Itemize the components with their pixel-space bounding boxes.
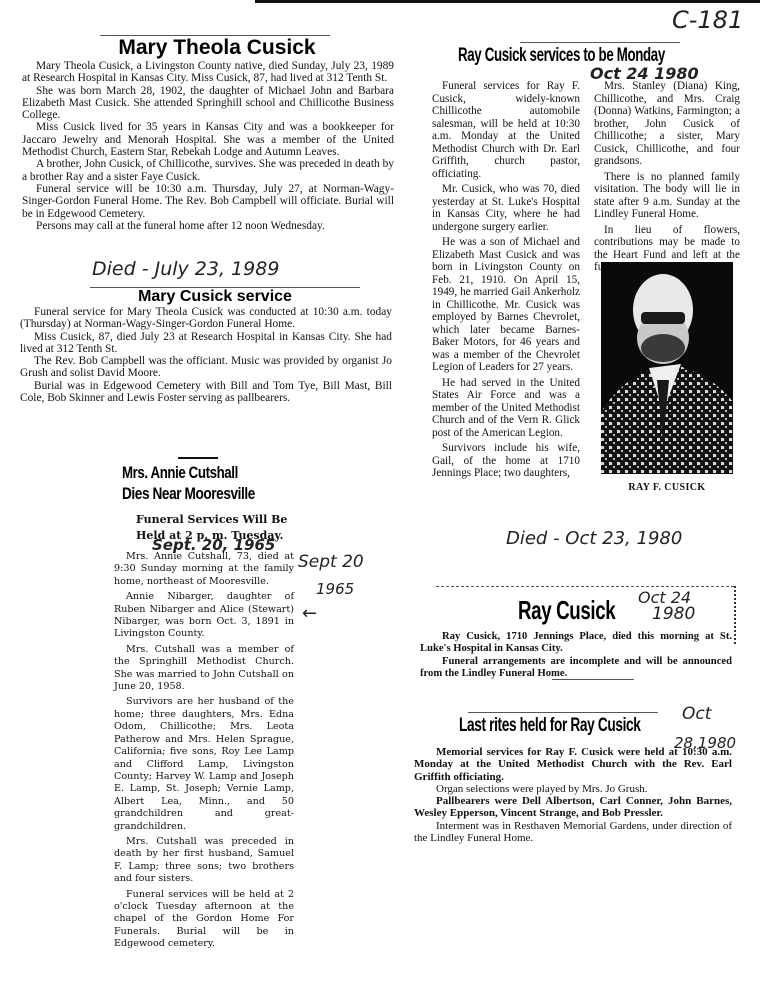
handwritten-death-date: Died - Oct 23, 1980 — [506, 528, 682, 549]
paragraph: Burial was in Edgewood Cemetery with Bil… — [20, 380, 392, 405]
paragraph: There is no planned family visitation. T… — [594, 171, 740, 221]
article-body: Ray Cusick, 1710 Jennings Place, died th… — [420, 631, 732, 680]
headline: Mary Theola Cusick — [92, 36, 342, 60]
clipping-dashed-border-right — [734, 586, 736, 644]
headline-line-1: Mrs. Annie Cutshall — [122, 463, 238, 483]
paragraph: Funeral services will be held at 2 o'clo… — [114, 889, 294, 951]
paragraph: Mrs. Cutshall was a member of the Spring… — [114, 644, 294, 694]
paragraph: Funeral services for Ray F. Cusick, wide… — [432, 80, 580, 180]
headline: Last rites held for Ray Cusick — [459, 715, 641, 737]
paragraph: Mary Theola Cusick, a Livingston County … — [22, 60, 394, 85]
article-column-2: Mrs. Stanley (Diana) King, Chillicothe, … — [594, 80, 740, 277]
paragraph: Persons may call at the funeral home aft… — [22, 220, 394, 232]
headline-rule — [520, 42, 680, 43]
paragraph: She was born March 28, 1902, the daughte… — [22, 85, 394, 122]
paragraph: Funeral arrangements are incomplete and … — [420, 656, 732, 681]
margin-note-year: 1965 — [316, 580, 354, 598]
paragraph: Interment was in Resthaven Memorial Gard… — [414, 820, 732, 845]
paragraph: Memorial services for Ray F. Cusick were… — [414, 746, 732, 783]
paragraph: Mrs. Cutshall was preceded in death by h… — [114, 836, 294, 886]
portrait-photo — [601, 262, 733, 474]
article-body: Funeral service for Mary Theola Cusick w… — [20, 306, 392, 404]
photo-caption: RAY F. CUSICK — [596, 482, 738, 493]
paragraph: Funeral service will be 10:30 a.m. Thurs… — [22, 183, 394, 220]
paragraph: Mrs. Stanley (Diana) King, Chillicothe, … — [594, 80, 740, 168]
paragraph: Pallbearers were Dell Albertson, Carl Co… — [414, 795, 732, 820]
article-body: Memorial services for Ray F. Cusick were… — [414, 746, 732, 844]
headline-rule — [468, 712, 658, 713]
handwritten-date-line-2: 1980 — [652, 604, 695, 624]
paragraph: He had served in the United States Air F… — [432, 377, 580, 440]
article-column-1: Funeral services for Ray F. Cusick, wide… — [432, 80, 580, 483]
paragraph: Organ selections were played by Mrs. Jo … — [414, 783, 732, 795]
headline: Mary Cusick service — [90, 288, 340, 306]
article-body: Mrs. Annie Cutshall, 73, died at 9:30 Su… — [114, 551, 294, 954]
portrait-image-icon — [601, 262, 733, 474]
paragraph: Survivors include his wife, Gail, of the… — [432, 442, 580, 480]
paragraph: A brother, John Cusick, of Chillicothe, … — [22, 158, 394, 183]
handwritten-death-date: Died - July 23, 1989 — [92, 258, 279, 280]
margin-note-date: Sept 20 — [298, 552, 364, 572]
paragraph: Survivors are her husband of the home; t… — [114, 696, 294, 832]
paragraph: Mr. Cusick, who was 70, died yesterday a… — [432, 183, 580, 233]
clipping-dashed-border-top — [436, 586, 734, 587]
handwritten-date-line-1: Oct — [682, 704, 711, 724]
headline-line-2: Dies Near Mooresville — [122, 484, 255, 504]
scan-top-edge — [255, 0, 760, 3]
archive-label: C-181 — [672, 6, 743, 34]
paragraph: Miss Cusick, 87, died July 23 at Researc… — [20, 331, 392, 356]
paragraph: Annie Nibarger, daughter of Ruben Nibarg… — [114, 591, 294, 641]
article-body: Mary Theola Cusick, a Livingston County … — [22, 60, 394, 232]
underline-stroke — [552, 679, 634, 680]
subheadline-line-1: Funeral Services Will Be — [136, 512, 287, 528]
headline-rule — [178, 457, 218, 459]
paragraph: The Rev. Bob Campbell was the officiant.… — [20, 355, 392, 380]
margin-arrow-icon: ← — [302, 603, 317, 624]
paragraph: Mrs. Annie Cutshall, 73, died at 9:30 Su… — [114, 551, 294, 588]
paragraph: He was a son of Michael and Elizabeth Ma… — [432, 236, 580, 374]
paragraph: Funeral service for Mary Theola Cusick w… — [20, 306, 392, 331]
paragraph: Miss Cusick lived for 35 years in Kansas… — [22, 121, 394, 158]
paragraph: Ray Cusick, 1710 Jennings Place, died th… — [420, 631, 732, 656]
headline: Ray Cusick — [518, 595, 615, 626]
